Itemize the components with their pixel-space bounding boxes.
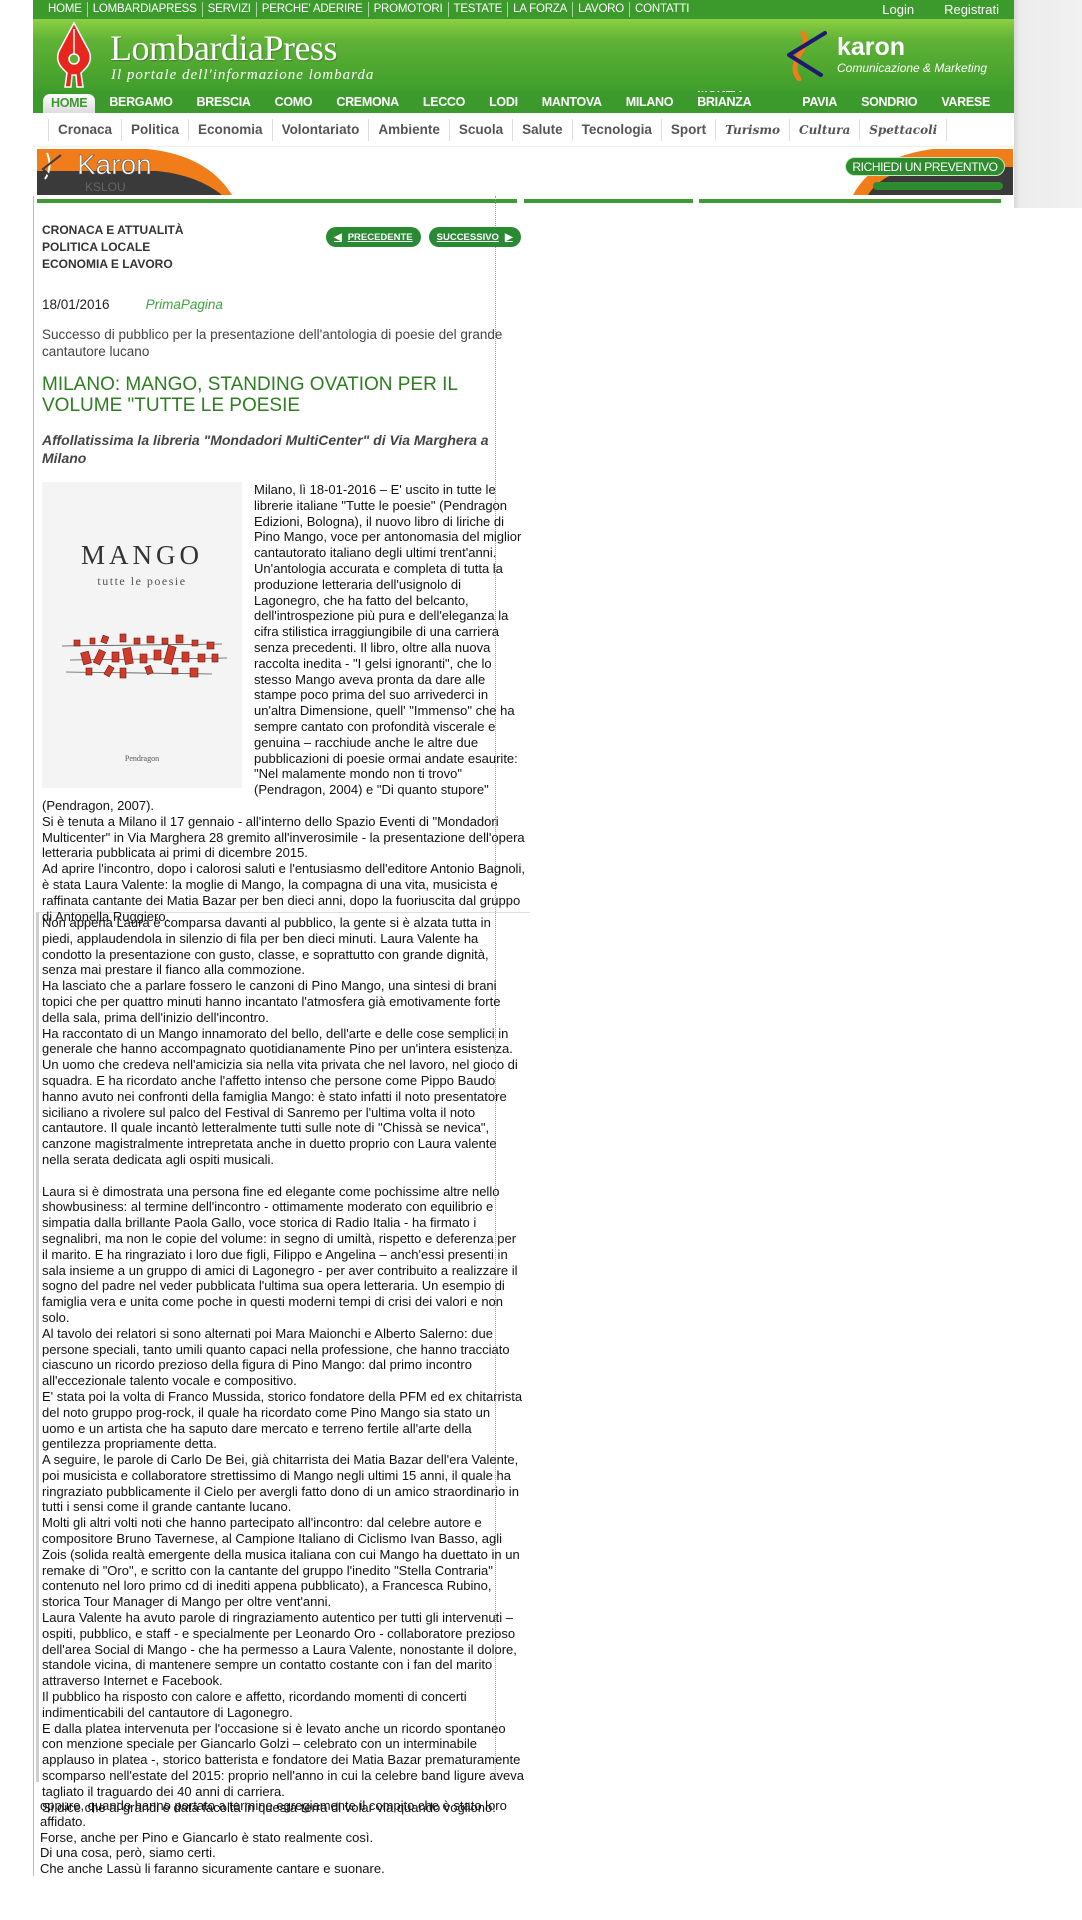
article-paragraph: Che anche Lassù li faranno sicuramente c… [40, 1861, 530, 1877]
catnav-volontariato[interactable]: Volontariato [272, 119, 369, 141]
catnav-cronaca[interactable]: Cronaca [48, 119, 121, 141]
topnav-lombardiapress[interactable]: LOMBARDIAPRESS [87, 2, 202, 17]
site-title[interactable]: LombardiaPress [110, 27, 337, 69]
citynav-lodi[interactable]: LODI [489, 95, 518, 113]
book-cover-image: MANGO tutte le poesie [42, 482, 242, 788]
topnav-lavoro[interactable]: LAVORO [572, 2, 629, 17]
article-summary: Successo di pubblico per la presentazion… [42, 326, 512, 360]
citynav-pavia[interactable]: PAVIA [802, 95, 837, 113]
login-link[interactable]: Login [882, 2, 914, 17]
article-paragraph: E dalla platea intervenuta per l'occasio… [42, 1721, 524, 1800]
main-column-bar [37, 199, 517, 203]
city-nav: HOME BERGAMO BRESCIA COMO CREMONA LECCO … [33, 91, 1014, 113]
article-paragraph: Di una cosa, però, siamo certi. [40, 1845, 530, 1861]
article-body-tail: oppure, quando hanno portato a termine e… [40, 1798, 530, 1877]
topnav-servizi[interactable]: SERVIZI [202, 2, 256, 17]
catnav-ambiente[interactable]: Ambiente [368, 119, 449, 141]
middle-column-bar [524, 199, 693, 203]
previous-label: PRECEDENTE [348, 232, 413, 243]
article-paragraph: Molti gli altri volti noti che hanno par… [42, 1515, 524, 1610]
arrow-left-icon: ◀ [334, 232, 342, 243]
citynav-brescia[interactable]: BRESCIA [197, 95, 251, 113]
article-paragraph: Ha raccontato di un Mango innamorato del… [42, 1026, 524, 1168]
article-body-top: MANGO tutte le poesie [42, 482, 526, 924]
citynav-mantova[interactable]: MANTOVA [542, 95, 602, 113]
article-paragraph: Ha lasciato che a parlare fossero le can… [42, 978, 524, 1025]
article-paragraph: Forse, anche per Pino e Giancarlo è stat… [40, 1830, 530, 1846]
citynav-bergamo[interactable]: BERGAMO [109, 95, 172, 113]
citynav-milano[interactable]: MILANO [626, 95, 674, 113]
citynav-como[interactable]: COMO [275, 95, 313, 113]
catnav-spettacoli[interactable]: Spettacoli [859, 119, 947, 141]
site-tagline: Il portale dell'informazione lombarda [111, 67, 374, 84]
catnav-sport[interactable]: Sport [661, 119, 715, 141]
next-label: SUCCESSIVO [437, 232, 499, 243]
top-utility-bar: HOME LOMBARDIAPRESS SERVIZI PERCHE' ADER… [33, 0, 1014, 19]
article-paragraph: Il pubblico ha risposto con calore e aff… [42, 1689, 524, 1721]
citynav-home[interactable]: HOME [43, 94, 95, 113]
catnav-politica[interactable]: Politica [121, 119, 188, 141]
article-pagination: ◀ PRECEDENTE SUCCESSIVO ▶ [326, 227, 521, 247]
site-header: LombardiaPress Il portale dell'informazi… [33, 19, 1014, 91]
paragraph-spacer [42, 1168, 524, 1184]
quote-request-ad[interactable]: RICHIEDI UN PREVENTIVO [813, 149, 1013, 195]
article-paragraph: Si è tenuta a Milano il 17 gennaio - all… [42, 814, 526, 861]
article-paragraph: Al tavolo dei relatori si sono alternati… [42, 1326, 524, 1389]
content-inset-border [36, 912, 39, 1782]
cover-illustration-icon [62, 630, 227, 685]
catnav-scuola[interactable]: Scuola [449, 119, 512, 141]
category-nav: Cronaca Politica Economia Volontariato A… [33, 113, 1014, 147]
category-economia-lavoro[interactable]: ECONOMIA E LAVORO [42, 256, 522, 273]
svg-text:Karon: Karon [77, 149, 152, 180]
topnav-testate[interactable]: TESTATE [448, 2, 508, 17]
page-container: HOME LOMBARDIAPRESS SERVIZI PERCHE' ADER… [33, 0, 1014, 205]
auth-links: Login Registrati [882, 2, 999, 17]
topnav-perche-aderire[interactable]: PERCHE' ADERIRE [256, 2, 368, 17]
catnav-turismo[interactable]: Turismo [715, 119, 789, 141]
karon-ad-banner[interactable]: Karon KSLOU [37, 149, 237, 195]
catnav-salute[interactable]: Salute [512, 119, 572, 141]
right-column-bar [699, 199, 1001, 203]
citynav-lecco[interactable]: LECCO [423, 95, 465, 113]
article-headline: MILANO: MANGO, STANDING OVATION PER IL V… [42, 374, 502, 416]
cover-subtitle: tutte le poesie [42, 574, 242, 589]
sponsor-tagline: Comunicazione & Marketing [837, 61, 987, 75]
citynav-cremona[interactable]: CREMONA [336, 95, 398, 113]
browser-background [1014, 0, 1082, 208]
article-paragraph: Laura Valente ha avuto parole di ringraz… [42, 1610, 524, 1689]
cover-publisher: Pendragon [42, 754, 242, 763]
article-meta: 18/01/2016 PrimaPagina [42, 297, 522, 312]
catnav-economia[interactable]: Economia [188, 119, 272, 141]
top-nav: HOME LOMBARDIAPRESS SERVIZI PERCHE' ADER… [48, 2, 694, 17]
citynav-sondrio[interactable]: SONDRIO [861, 95, 917, 113]
catnav-cultura[interactable]: Cultura [789, 119, 859, 141]
register-link[interactable]: Registrati [944, 2, 999, 17]
karon-logo-icon[interactable] [785, 29, 831, 81]
topnav-contatti[interactable]: CONTATTI [629, 2, 694, 17]
sponsor-name: karon [837, 33, 905, 62]
svg-text:KSLOU: KSLOU [85, 180, 126, 194]
content-left-border [33, 196, 34, 1876]
article-paragraph: A seguire, le parole di Carlo De Bei, gi… [42, 1452, 524, 1515]
citynav-varese[interactable]: VARESE [941, 95, 990, 113]
article-subheadline: Affollatissima la libreria "Mondadori Mu… [42, 431, 512, 467]
article-paragraph: oppure, quando hanno portato a termine e… [40, 1798, 530, 1830]
article-header: CRONACA E ATTUALITÀ POLITICA LOCALE ECON… [42, 222, 522, 467]
article-source[interactable]: PrimaPagina [146, 297, 223, 312]
pen-nib-logo-icon[interactable] [51, 21, 97, 89]
column-header-bars [33, 195, 1014, 205]
topnav-la-forza[interactable]: LA FORZA [507, 2, 572, 17]
catnav-tecnologia[interactable]: Tecnologia [572, 119, 661, 141]
cover-title: MANGO [42, 540, 242, 571]
article-paragraph: E' stata poi la volta di Franco Mussida,… [42, 1389, 524, 1452]
article-body: Non appena Laura è comparsa davanti al p… [42, 915, 524, 1815]
next-article-button[interactable]: SUCCESSIVO ▶ [429, 227, 521, 247]
ad-row: Karon KSLOU RICHIEDI UN PREVENTIVO [33, 147, 1014, 195]
karon-ad-graphic-icon: Karon KSLOU [37, 149, 237, 195]
article-paragraph: Laura si è dimostrata una persona fine e… [42, 1184, 524, 1326]
article-paragraph: Non appena Laura è comparsa davanti al p… [42, 915, 524, 978]
topnav-home[interactable]: HOME [48, 2, 87, 17]
article-date: 18/01/2016 [42, 297, 110, 312]
previous-article-button[interactable]: ◀ PRECEDENTE [326, 227, 421, 247]
arrow-right-icon: ▶ [505, 232, 513, 243]
topnav-promotori[interactable]: PROMOTORI [368, 2, 448, 17]
request-quote-button[interactable]: RICHIEDI UN PREVENTIVO [845, 157, 1005, 176]
